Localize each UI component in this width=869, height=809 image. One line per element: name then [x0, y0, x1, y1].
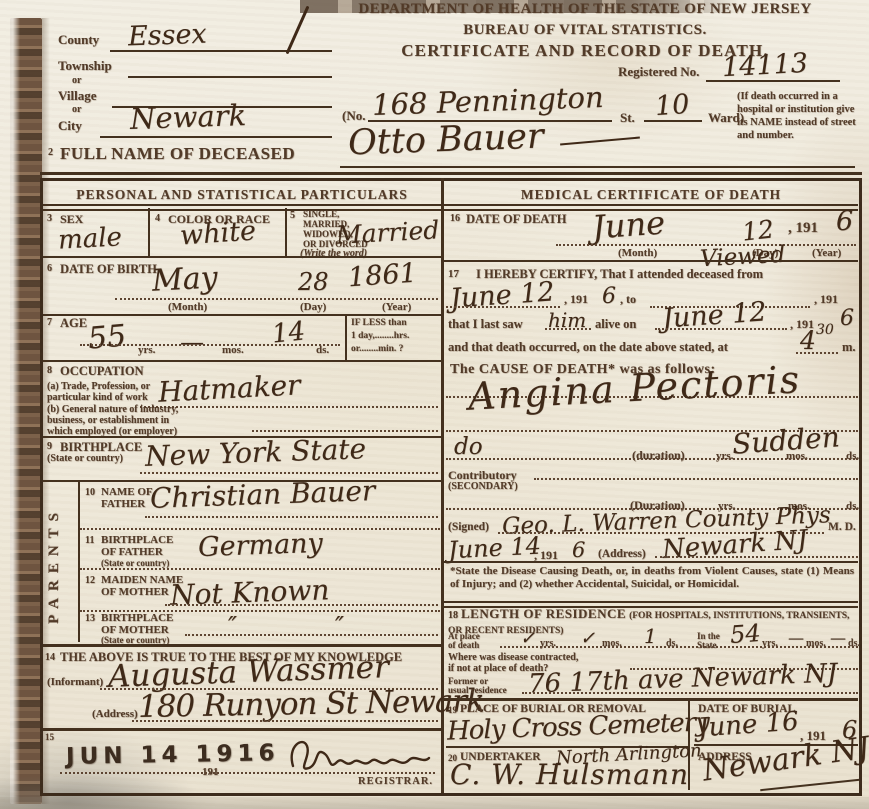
father-name-line — [145, 516, 438, 518]
residence-state-yrs-value: 54 — [729, 619, 761, 649]
age-less-divider — [345, 314, 347, 360]
certify-alive-label: alive on — [595, 317, 636, 332]
cause-ditto: do — [454, 434, 483, 460]
filed-date-stamp: JUN 14 1916 — [66, 740, 280, 770]
mother-name-line — [165, 604, 438, 606]
age-less-3: or........min. ? — [351, 344, 403, 354]
certify-time-value: 4 — [800, 326, 816, 355]
certify-time-sup: 30 — [816, 322, 834, 338]
mother-name-label-2: OF MOTHER — [101, 586, 169, 598]
residence-state-label-2: State — [697, 640, 717, 650]
residence-former-line — [522, 692, 858, 694]
township-label: Township — [58, 58, 112, 74]
dob-year-value: 1861 — [347, 258, 418, 294]
signed-cap: (Signed) — [448, 521, 489, 533]
informant-cap: (Informant) — [47, 676, 103, 688]
dod-no: 16 — [450, 213, 460, 224]
city-label: City — [58, 118, 82, 134]
registered-no-value: 14113 — [721, 48, 808, 83]
certify-him-line — [545, 328, 591, 330]
city-line — [100, 136, 332, 138]
cause-ds-cap: ds. — [846, 450, 859, 462]
sex-race-divider — [148, 208, 150, 256]
father-name-no: 10 — [85, 487, 95, 498]
cause-duration-cap: (duration) — [632, 448, 685, 463]
dod-month-value: June — [591, 204, 666, 247]
occupation-a-label-2: particular kind of work — [47, 392, 148, 403]
certify-from-line — [446, 306, 560, 308]
or-label-1: or — [72, 75, 81, 86]
deceased-no: 2 — [48, 147, 53, 158]
death-certificate-scan: DEPARTMENT OF HEALTH OF THE STATE OF NEW… — [0, 0, 869, 809]
or-label-2: or — [72, 104, 81, 115]
certify-saw-label: that I last saw — [448, 317, 523, 332]
birthplace-note: (State or country) — [47, 453, 123, 464]
marital-no: 5 — [290, 210, 295, 221]
mother-name-no: 12 — [85, 575, 95, 586]
father-birthplace-label-2: OF FATHER — [101, 546, 163, 558]
dob-month-value: May — [151, 260, 218, 298]
sex-no: 3 — [47, 213, 52, 224]
dod-year-cap: (Year) — [812, 247, 841, 259]
row-rule-6 — [43, 644, 441, 647]
registered-no-label: Registered No. — [618, 64, 699, 80]
personal-title: PERSONAL AND STATISTICAL PARTICULARS — [44, 187, 440, 203]
occupation-b-label-1: (b) General nature of industry, — [47, 404, 178, 415]
city-value: Newark — [129, 98, 246, 136]
father-birthplace-note: (State or country) — [101, 558, 169, 568]
cause-duration-line — [446, 458, 858, 460]
dob-day-value: 28 — [298, 268, 329, 296]
age-line — [80, 344, 340, 346]
occupation-b-line — [252, 430, 438, 432]
name-flourish — [560, 137, 640, 146]
top-heavy-rule — [40, 172, 862, 175]
informant-address-cap: (Address) — [92, 708, 138, 720]
certify-alive-line — [655, 328, 787, 330]
signed-year-written: 6 — [572, 538, 585, 562]
occupation-label: OCCUPATION — [60, 364, 144, 379]
father-name-label-1: NAME OF — [101, 486, 153, 498]
parents-divider — [78, 480, 80, 642]
occupation-a-line — [140, 406, 438, 408]
dob-year-cap: (Year) — [382, 301, 411, 313]
contributory-label-2: (SECONDARY) — [448, 481, 518, 492]
burial-no: 19 — [448, 705, 457, 715]
occupation-a-label-1: (a) Trade, Profession, or — [47, 381, 150, 392]
header-department: DEPARTMENT OF HEALTH OF THE STATE OF NEW… — [310, 1, 860, 18]
age-mos-value: — — [180, 328, 204, 356]
certify-year1-written: 6 — [602, 284, 616, 309]
age-less-1: IF LESS than — [351, 318, 407, 328]
father-birthplace-label-1: BIRTHPLACE — [101, 534, 173, 546]
residence-at-label-2: of death — [448, 640, 479, 650]
ward-value: 10 — [654, 89, 690, 122]
dob-label: DATE OF BIRTH — [60, 262, 157, 277]
medical-title: MEDICAL CERTIFICATE OF DEATH — [446, 187, 856, 203]
race-marital-divider — [285, 208, 287, 256]
residence-former-label-2: usual residence — [448, 685, 507, 695]
dob-line — [115, 298, 438, 300]
dod-year-print: , 191 — [788, 220, 818, 237]
cause-footnote: *State the Disease Causing Death, or, in… — [450, 565, 854, 590]
hospital-note: (If death occurred in a hospital or inst… — [737, 90, 863, 142]
row-rule-1 — [43, 256, 441, 258]
registrar-signature — [285, 728, 435, 778]
parents-label: PARENTS — [46, 495, 72, 635]
informant-address-line — [132, 720, 438, 722]
residence-contracted-label-1: Where was disease contracted, — [448, 652, 578, 663]
informant-address-value: 180 Runyon St Newark — [138, 683, 485, 725]
age-less-2: 1 day,........hrs. — [351, 331, 409, 341]
birthplace-line — [140, 472, 438, 474]
father-name-label-2: FATHER — [101, 498, 145, 510]
residence-state-mos-value: — — [788, 628, 804, 647]
registered-no-line — [706, 80, 840, 82]
marital-value: Married — [335, 215, 440, 249]
certify-m-label: m. — [842, 340, 856, 355]
father-birthplace-no: 11 — [85, 535, 94, 546]
mother-birthplace-label-1: BIRTHPLACE — [101, 612, 173, 624]
dob-month-cap: (Month) — [168, 301, 207, 313]
residence-at-ds-value: 1 — [644, 624, 657, 648]
village-label: Village — [58, 88, 97, 104]
street-no-label: (No. — [342, 108, 365, 124]
scan-edge-bottom — [0, 797, 869, 809]
contributory-line — [534, 478, 858, 480]
signed-date-value: June 14 — [447, 532, 541, 565]
father-birthplace-value: Germany — [197, 528, 323, 563]
informant-no: 14 — [45, 652, 55, 663]
personal-title-rule — [43, 204, 441, 211]
certify-year1-print: , 191 — [564, 292, 588, 307]
filed-no: 15 — [45, 732, 54, 742]
ward-line — [644, 120, 702, 122]
age-label: AGE — [60, 316, 87, 331]
age-no: 7 — [47, 317, 52, 328]
residence-state-ds-value: — — [830, 628, 846, 647]
deceased-value: Otto Bauer — [347, 117, 544, 164]
dod-label: DATE OF DEATH — [466, 212, 566, 227]
binding-strip — [10, 18, 42, 804]
birthplace-no: 9 — [47, 441, 52, 452]
footnote-top-rule — [444, 561, 858, 563]
certify-no: 17 — [448, 268, 459, 280]
race-value: white — [179, 215, 257, 251]
mother-birthplace-line — [185, 634, 438, 636]
age-yrs-value: 55 — [87, 318, 128, 356]
race-no: 4 — [155, 213, 160, 224]
marital-label-1: SINGLE, — [303, 209, 339, 219]
signed-address-cap: (Address) — [598, 548, 646, 560]
deceased-label: FULL NAME OF DECEASED — [60, 144, 295, 164]
certify-to-label: , to — [620, 292, 636, 307]
certify-year3-written: 6 — [840, 306, 854, 331]
dod-row-rule — [444, 260, 858, 262]
signed-address-line — [655, 556, 858, 558]
cause-yrs-cap: yrs. — [716, 450, 733, 462]
mother-birthplace-no: 13 — [85, 613, 95, 624]
header-bureau: BUREAU OF VITAL STATISTICS. — [310, 22, 860, 39]
county-label: County — [58, 32, 99, 48]
row-rule-2 — [43, 314, 441, 316]
certify-occurred-label: and that death occurred, on the date abo… — [448, 340, 728, 355]
street-suffix-label: St. — [620, 110, 635, 126]
residence-label: LENGTH OF RESIDENCE — [461, 606, 626, 621]
parents-sep-2 — [80, 568, 440, 570]
stray-pen-stroke — [286, 6, 310, 55]
township-line — [128, 76, 332, 78]
dod-month-cap: (Month) — [618, 247, 657, 259]
occupation-no: 8 — [47, 365, 52, 376]
residence-line — [500, 646, 858, 648]
county-value: Essex — [127, 19, 207, 53]
undertaker-value: C. W. Hulsmann — [450, 758, 689, 791]
sex-value: male — [57, 222, 122, 255]
signed-md-label: M. D. — [828, 521, 856, 533]
street-value: 168 Pennington — [371, 80, 604, 122]
row-rule-3 — [43, 360, 441, 362]
certify-year2-print: , 191 — [814, 292, 838, 307]
dob-day-cap: (Day) — [300, 301, 326, 313]
deceased-line — [340, 166, 855, 168]
registrar-label: REGISTRAR. — [358, 776, 433, 787]
residence-bottom-rule — [444, 698, 858, 701]
certify-time-line — [796, 352, 838, 354]
occupation-b-label-2: business, or establishment in — [47, 415, 169, 426]
dob-no: 6 — [47, 263, 52, 274]
dod-year-written: 6 — [836, 206, 853, 237]
residence-no: 18 — [448, 610, 458, 621]
contributory-ds-cap: ds. — [846, 500, 859, 512]
